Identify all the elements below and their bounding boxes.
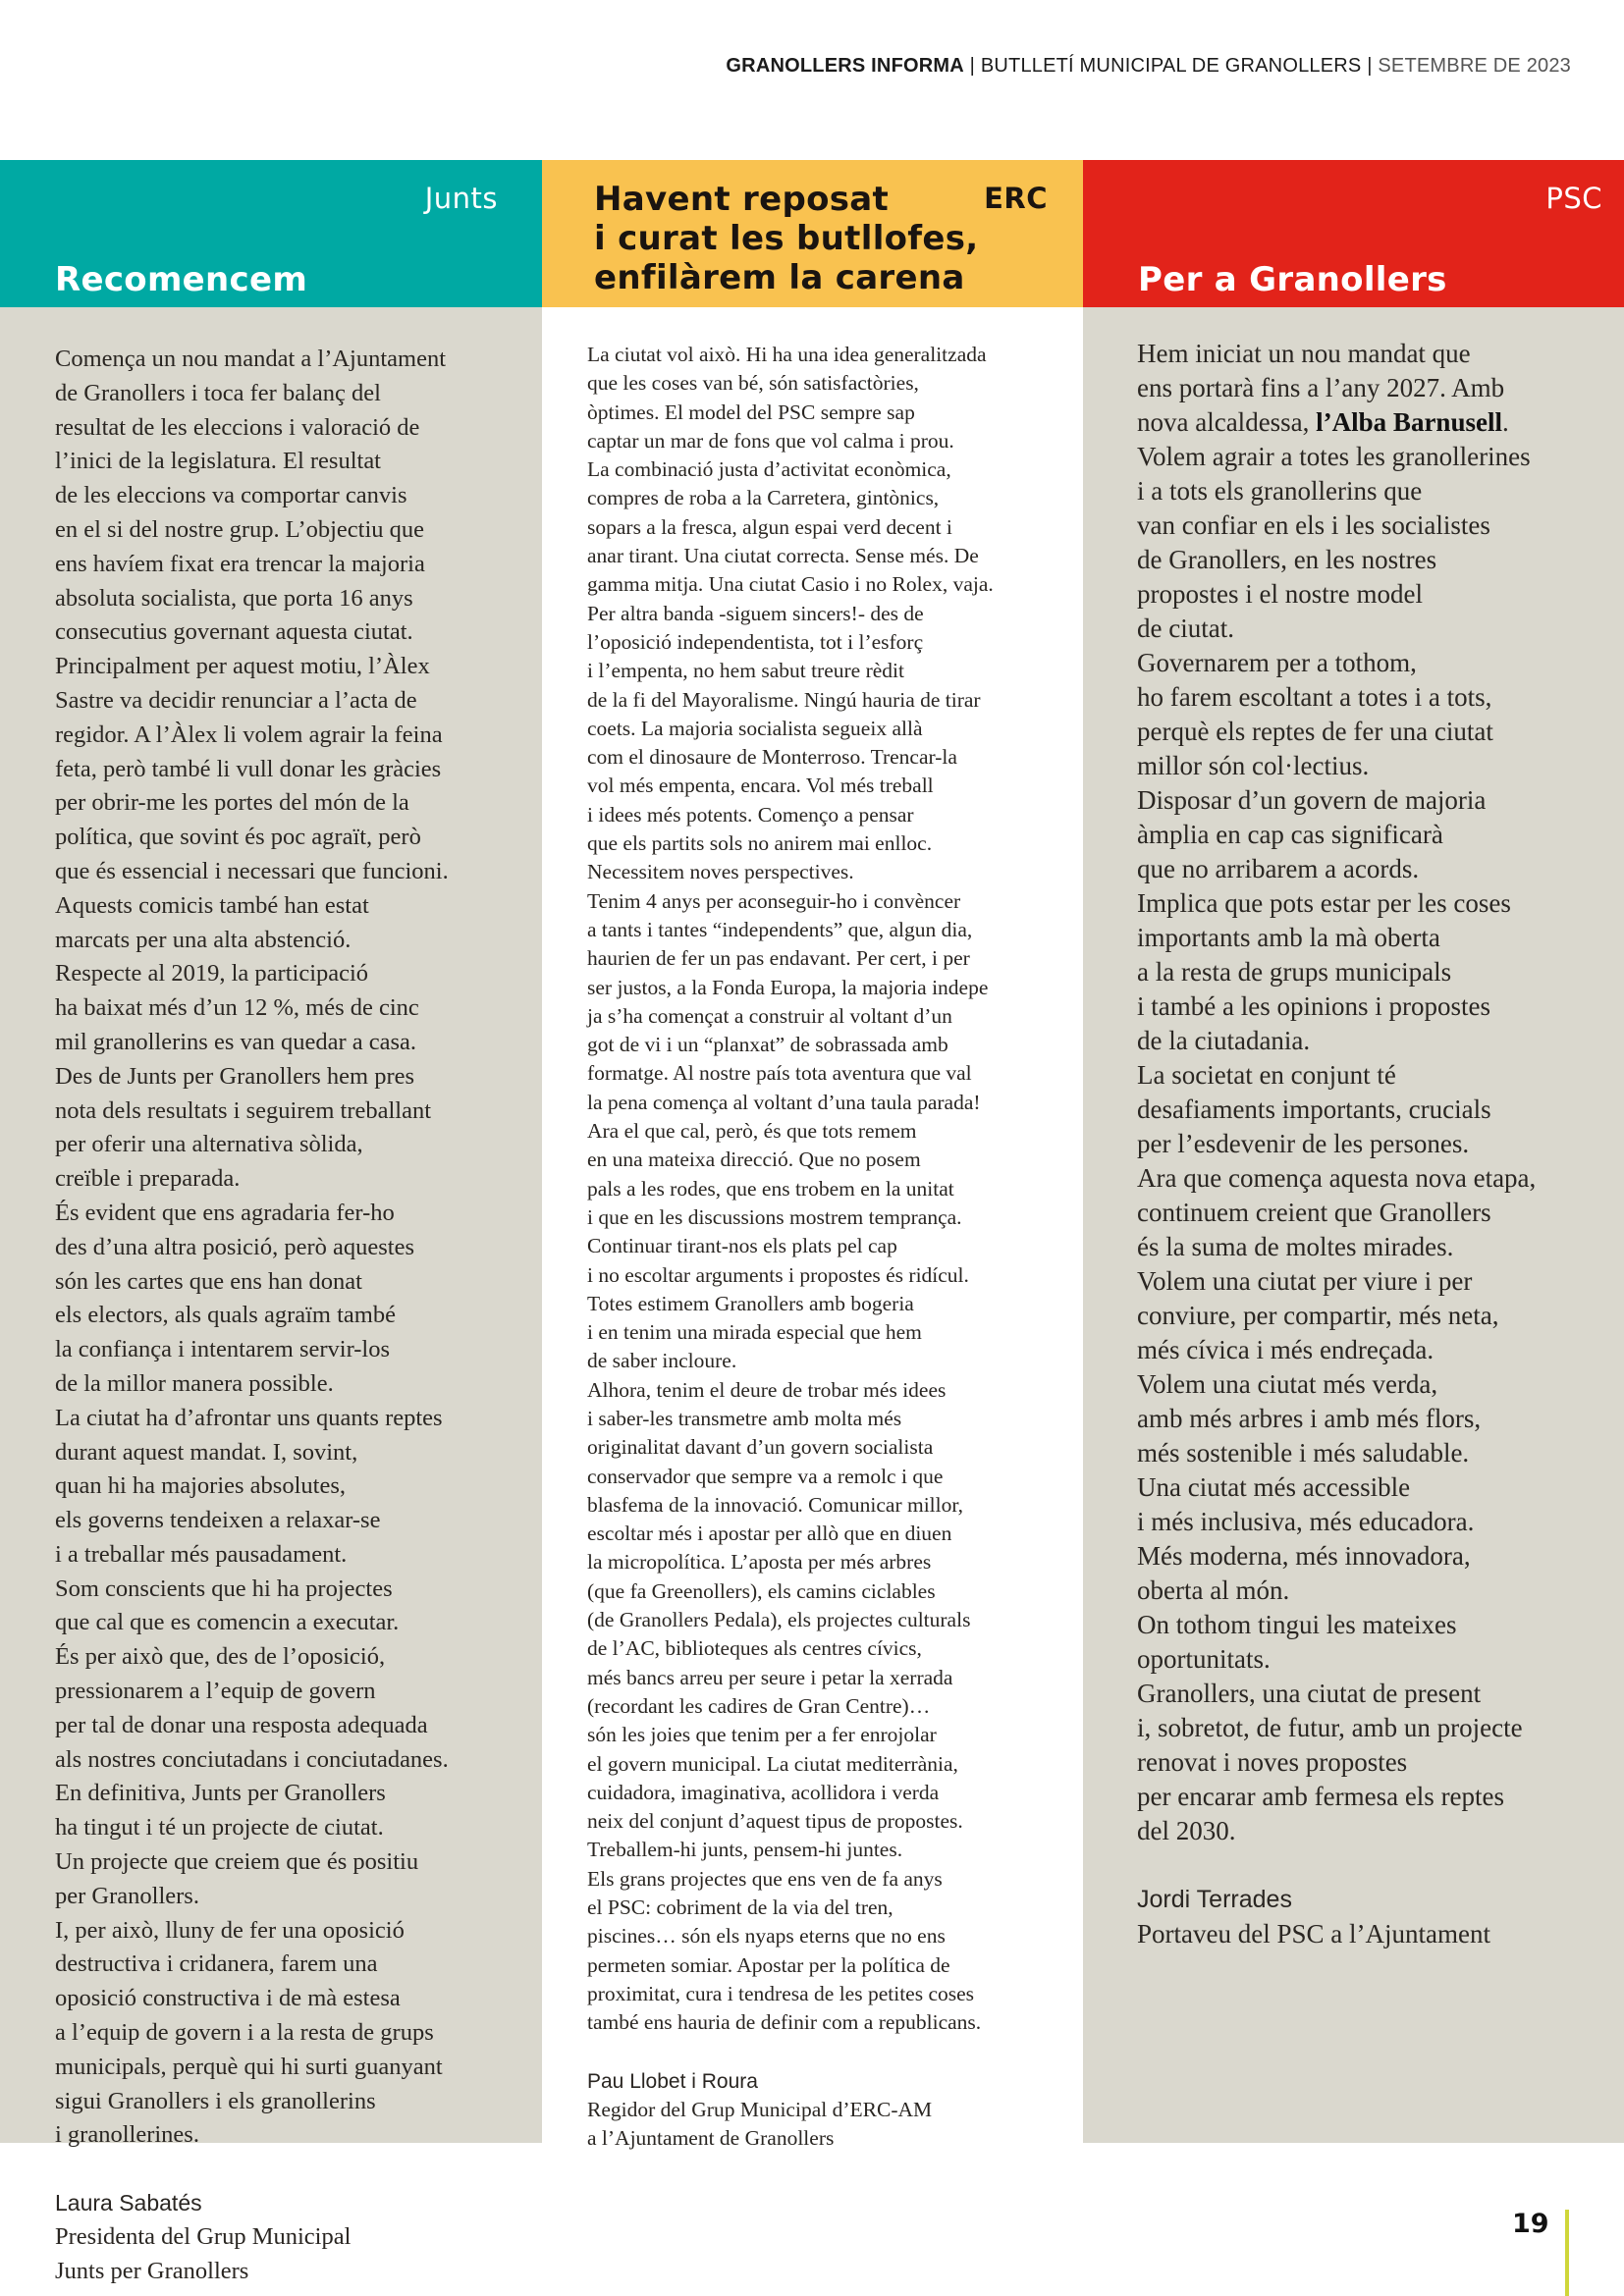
- text-line: regidor. A l’Àlex li volem agrair la fei…: [55, 719, 503, 753]
- text-line: per encarar amb fermesa els reptes: [1137, 1780, 1604, 1814]
- text-line: de la fi del Mayoralisme. Ningú hauria d…: [587, 686, 1063, 715]
- author-role: Junts per Granollers: [55, 2255, 503, 2289]
- text-line: van confiar en els i les socialistes: [1137, 508, 1604, 543]
- column-body: Hem iniciat un nou mandat queens portarà…: [1083, 307, 1624, 2143]
- text-line: gamma mitja. Una ciutat Casio i no Rolex…: [587, 570, 1063, 599]
- running-header: GRANOLLERS INFORMA | BUTLLETÍ MUNICIPAL …: [726, 55, 1571, 78]
- text-line: i a treballar més pausadament.: [55, 1538, 503, 1573]
- text-line: blasfema de la innovació. Comunicar mill…: [587, 1491, 1063, 1520]
- text-line: per tal de donar una resposta adequada: [55, 1709, 503, 1743]
- text-line: propostes i el nostre model: [1137, 577, 1604, 612]
- text-line: Volem una ciutat més verda,: [1137, 1367, 1604, 1402]
- text-line: És evident que ens agradaria fer-ho: [55, 1197, 503, 1231]
- text-line: originalitat davant d’un govern socialis…: [587, 1433, 1063, 1462]
- text-line: oportunitats.: [1137, 1642, 1604, 1677]
- text-line: Principalment per aquest motiu, l’Àlex: [55, 650, 503, 684]
- text-line: Volem agrair a totes les granollerines: [1137, 440, 1604, 474]
- text-line: quan hi ha majories absolutes,: [55, 1469, 503, 1504]
- party-label: PSC: [1545, 182, 1602, 215]
- text-line: És per això que, des de l’oposició,: [55, 1640, 503, 1675]
- text-line: piscines… són els nyaps eterns que no en…: [587, 1922, 1063, 1950]
- text-line: en el si del nostre grup. L’objectiu que: [55, 513, 503, 548]
- text-line: mil granollerins es van quedar a casa.: [55, 1026, 503, 1060]
- text-line: i també a les opinions i propostes: [1137, 989, 1604, 1024]
- mayor-mention: nova alcaldessa, l’Alba Barnusell.: [1137, 405, 1604, 440]
- text-line: és la suma de moltes mirades.: [1137, 1230, 1604, 1264]
- text-line: (que fa Greenollers), els camins ciclabl…: [587, 1577, 1063, 1606]
- author-name: Pau Llobet i Roura: [587, 2067, 1063, 2096]
- text-line: i que en les discussions mostrem tempran…: [587, 1203, 1063, 1232]
- text-line: La ciutat ha d’afrontar uns quants repte…: [55, 1402, 503, 1436]
- text-line: que les coses van bé, són satisfactòries…: [587, 369, 1063, 398]
- opinion-column-psc: PSC Per a Granollers Hem iniciat un nou …: [1083, 160, 1624, 2143]
- text-line: Per altra banda -siguem sincers!- des de: [587, 600, 1063, 628]
- text-line: coets. La majoria socialista segueix all…: [587, 715, 1063, 743]
- text-line: ens havíem fixat era trencar la majoria: [55, 548, 503, 582]
- text-line: vol més empenta, encara. Vol més treball: [587, 772, 1063, 800]
- text-line: consecutius governant aquesta ciutat.: [55, 615, 503, 650]
- text-line: Totes estimem Granollers amb bogeria: [587, 1290, 1063, 1318]
- text-line: proximitat, cura i tendresa de les petit…: [587, 1980, 1063, 2008]
- page-number-rule: [1565, 2210, 1569, 2296]
- text-line: nota dels resultats i seguirem treballan…: [55, 1095, 503, 1129]
- text-line: per l’esdevenir de les persones.: [1137, 1127, 1604, 1161]
- text-line: Des de Junts per Granollers hem pres: [55, 1060, 503, 1095]
- text-line: de Granollers i toca fer balanç del: [55, 377, 503, 411]
- signature: Pau Llobet i Roura Regidor del Grup Muni…: [587, 2067, 1063, 2154]
- text-line: permeten somiar. Apostar per la política…: [587, 1951, 1063, 1980]
- text-line: de la millor manera possible.: [55, 1367, 503, 1402]
- text-line: l’oposició independentista, tot i l’esfo…: [587, 628, 1063, 657]
- text-line: ja s’ha començat a construir al voltant …: [587, 1002, 1063, 1031]
- text-line: ha tingut i té un projecte de ciutat.: [55, 1811, 503, 1845]
- column-title: Havent reposat i curat les butllofes, en…: [594, 180, 979, 297]
- text-line: Ara el que cal, però, és que tots remem: [587, 1117, 1063, 1146]
- text-line: Els grans projectes que ens ven de fa an…: [587, 1865, 1063, 1894]
- signature: Jordi Terrades Portaveu del PSC a l’Ajun…: [1137, 1883, 1604, 1951]
- header-separator: |: [1367, 55, 1372, 77]
- text-line: escoltar més i apostar per allò que en d…: [587, 1520, 1063, 1548]
- text-line: Un projecte que creiem que és positiu: [55, 1845, 503, 1880]
- text-line: també ens hauria de definir com a republ…: [587, 2008, 1063, 2037]
- author-role: Regidor del Grup Municipal d’ERC-AM: [587, 2096, 1063, 2124]
- text-line: i l’empenta, no hem sabut treure rèdit: [587, 657, 1063, 685]
- text-line: i en tenim una mirada especial que hem: [587, 1318, 1063, 1347]
- text-line: Disposar d’un govern de majoria: [1137, 783, 1604, 818]
- text-line: Som conscients que hi ha projectes: [55, 1573, 503, 1607]
- text-line: compres de roba a la Carretera, gintònic…: [587, 484, 1063, 512]
- text-line: i, sobretot, de futur, amb un projecte: [1137, 1711, 1604, 1745]
- text-line: I, per això, lluny de fer una oposició: [55, 1914, 503, 1949]
- text-line: On tothom tingui les mateixes: [1137, 1608, 1604, 1642]
- text-line: cuidadora, imaginativa, acollidora i ver…: [587, 1779, 1063, 1807]
- text-line: Granollers, una ciutat de present: [1137, 1677, 1604, 1711]
- publication-name: GRANOLLERS INFORMA: [726, 55, 963, 77]
- text-line: conviure, per compartir, més neta,: [1137, 1299, 1604, 1333]
- party-label: ERC: [984, 182, 1048, 215]
- text-line: amb més arbres i amb més flors,: [1137, 1402, 1604, 1436]
- column-header: ERC Havent reposat i curat les butllofes…: [542, 160, 1083, 307]
- party-label: Junts: [425, 182, 498, 215]
- article-text: Comença un nou mandat a l’Ajuntamentde G…: [55, 343, 503, 2153]
- text-line: destructiva i cridanera, farem una: [55, 1948, 503, 1982]
- text-line: més sostenible i més saludable.: [1137, 1436, 1604, 1470]
- text-line: ho farem escoltant a totes i a tots,: [1137, 680, 1604, 715]
- text-line: i més inclusiva, més educadora.: [1137, 1505, 1604, 1539]
- mayor-mention-prefix: nova alcaldessa,: [1137, 407, 1316, 437]
- text-line: l’inici de la legislatura. El resultat: [55, 445, 503, 479]
- text-line: a l’equip de govern i a la resta de grup…: [55, 2016, 503, 2051]
- author-role: Presidenta del Grup Municipal: [55, 2220, 503, 2255]
- text-line: millor són col·lectius.: [1137, 749, 1604, 783]
- text-line: Una ciutat més accessible: [1137, 1470, 1604, 1505]
- article-text-intro: Hem iniciat un nou mandat queens portarà…: [1137, 337, 1604, 405]
- text-line: Tenim 4 anys per aconseguir-ho i convènc…: [587, 887, 1063, 916]
- text-line: de Granollers, en les nostres: [1137, 543, 1604, 577]
- column-header: PSC Per a Granollers: [1083, 160, 1624, 307]
- text-line: resultat de les eleccions i valoració de: [55, 411, 503, 446]
- column-title: Per a Granollers: [1138, 260, 1447, 299]
- text-line: són les cartes que ens han donat: [55, 1265, 503, 1300]
- text-line: a tants i tantes “independents” que, alg…: [587, 916, 1063, 944]
- text-line: política, que sovint és poc agraït, però: [55, 821, 503, 855]
- text-line: Comença un nou mandat a l’Ajuntament: [55, 343, 503, 377]
- text-line: de saber incloure.: [587, 1347, 1063, 1375]
- text-line: són les joies que tenim per a fer enrojo…: [587, 1721, 1063, 1749]
- text-line: a la resta de grups municipals: [1137, 955, 1604, 989]
- opinion-column-junts: Junts Recomencem Comença un nou mandat a…: [0, 160, 542, 2143]
- column-body: La ciutat vol això. Hi ha una idea gener…: [542, 307, 1083, 2143]
- text-line: La societat en conjunt té: [1137, 1058, 1604, 1093]
- text-line: de l’AC, biblioteques als centres cívics…: [587, 1634, 1063, 1663]
- text-line: els electors, als quals agraïm també: [55, 1299, 503, 1333]
- text-line: més cívica i més endreçada.: [1137, 1333, 1604, 1367]
- text-line: creïble i preparada.: [55, 1162, 503, 1197]
- text-line: sigui Granollers i els granollerins: [55, 2085, 503, 2119]
- text-line: i a tots els granollerins que: [1137, 474, 1604, 508]
- text-line: renovat i noves propostes: [1137, 1745, 1604, 1780]
- text-line: continuem creient que Granollers: [1137, 1196, 1604, 1230]
- text-line: per obrir-me les portes del món de la: [55, 786, 503, 821]
- text-line: perquè els reptes de fer una ciutat: [1137, 715, 1604, 749]
- issue-date: SETEMBRE DE 2023: [1378, 55, 1571, 77]
- text-line: de ciutat.: [1137, 612, 1604, 646]
- text-line: i idees més potents. Començo a pensar: [587, 801, 1063, 829]
- text-line: ens portarà fins a l’any 2027. Amb: [1137, 371, 1604, 405]
- text-line: importants amb la mà oberta: [1137, 921, 1604, 955]
- text-line: Treballem-hi junts, pensem-hi juntes.: [587, 1836, 1063, 1864]
- opinion-column-erc: ERC Havent reposat i curat les butllofes…: [542, 160, 1083, 2143]
- text-line: el govern municipal. La ciutat mediterrà…: [587, 1750, 1063, 1779]
- text-line: conservador que sempre va a remolc i que: [587, 1463, 1063, 1491]
- text-line: i no escoltar arguments i propostes és r…: [587, 1261, 1063, 1290]
- text-line: en una mateixa direcció. Que no posem: [587, 1146, 1063, 1174]
- text-line: absoluta socialista, que porta 16 anys: [55, 582, 503, 616]
- text-line: de les eleccions va comportar canvis: [55, 479, 503, 513]
- text-line: des d’una altra posició, però aquestes: [55, 1231, 503, 1265]
- author-name: Laura Sabatés: [55, 2186, 503, 2220]
- text-line: Governarem per a tothom,: [1137, 646, 1604, 680]
- text-line: més bancs arreu per seure i petar la xer…: [587, 1664, 1063, 1692]
- text-line: Continuar tirant-nos els plats pel cap: [587, 1232, 1063, 1260]
- text-line: que és essencial i necessari que funcion…: [55, 855, 503, 889]
- text-line: Implica que pots estar per les coses: [1137, 886, 1604, 921]
- text-line: òptimes. El model del PSC sempre sap: [587, 399, 1063, 427]
- text-line: que els partits sols no anirem mai enllo…: [587, 829, 1063, 858]
- article-text: Volem agrair a totes les granollerinesi …: [1137, 440, 1604, 1848]
- text-line: durant aquest mandat. I, sovint,: [55, 1436, 503, 1470]
- text-line: municipals, perquè qui hi surti guanyant: [55, 2051, 503, 2085]
- mayor-mention-suffix: .: [1502, 407, 1509, 437]
- text-line: pressionarem a l’equip de govern: [55, 1675, 503, 1709]
- text-line: i granollerines.: [55, 2118, 503, 2153]
- text-line: Més moderna, més innovadora,: [1137, 1539, 1604, 1574]
- text-line: oposició constructiva i de mà estesa: [55, 1982, 503, 2016]
- text-line: la pena comença al voltant d’una taula p…: [587, 1089, 1063, 1117]
- text-line: ser justos, a la Fonda Europa, la majori…: [587, 974, 1063, 1002]
- text-line: àmplia en cap cas significarà: [1137, 818, 1604, 852]
- text-line: que cal que es comencin a executar.: [55, 1606, 503, 1640]
- page-number: 19: [1512, 2209, 1549, 2239]
- text-line: i saber-les transmetre amb molta més: [587, 1405, 1063, 1433]
- author-role: a l’Ajuntament de Granollers: [587, 2124, 1063, 2153]
- text-line: feta, però també li vull donar les gràci…: [55, 753, 503, 787]
- author-name: Jordi Terrades: [1137, 1883, 1604, 1917]
- text-line: Volem una ciutat per viure i per: [1137, 1264, 1604, 1299]
- author-role: Portaveu del PSC a l’Ajuntament: [1137, 1917, 1604, 1951]
- text-line: que no arribarem a acords.: [1137, 852, 1604, 886]
- text-line: La combinació justa d’activitat econòmic…: [587, 455, 1063, 484]
- text-line: del 2030.: [1137, 1814, 1604, 1848]
- text-line: La ciutat vol això. Hi ha una idea gener…: [587, 341, 1063, 369]
- signature: Laura Sabatés Presidenta del Grup Munici…: [55, 2186, 503, 2288]
- text-line: de la ciutadania.: [1137, 1024, 1604, 1058]
- text-line: pals a les rodes, que ens trobem en la u…: [587, 1175, 1063, 1203]
- text-line: per oferir una alternativa sòlida,: [55, 1128, 503, 1162]
- text-line: als nostres conciutadans i conciutadanes…: [55, 1743, 503, 1778]
- text-line: anar tirant. Una ciutat correcta. Sense …: [587, 542, 1063, 570]
- text-line: Respecte al 2019, la participació: [55, 957, 503, 991]
- column-header: Junts Recomencem: [0, 160, 542, 307]
- text-line: formatge. Al nostre país tota aventura q…: [587, 1059, 1063, 1088]
- text-line: Alhora, tenim el deure de trobar més ide…: [587, 1376, 1063, 1405]
- text-line: Ara que comença aquesta nova etapa,: [1137, 1161, 1604, 1196]
- text-line: (de Granollers Pedala), els projectes cu…: [587, 1606, 1063, 1634]
- publication-subtitle: BUTLLETÍ MUNICIPAL DE GRANOLLERS: [981, 55, 1362, 77]
- text-line: Sastre va decidir renunciar a l’acta de: [55, 684, 503, 719]
- text-line: (recordant les cadires de Gran Centre)…: [587, 1692, 1063, 1721]
- text-line: neix del conjunt d’aquest tipus de propo…: [587, 1807, 1063, 1836]
- text-line: els governs tendeixen a relaxar-se: [55, 1504, 503, 1538]
- text-line: Necessitem noves perspectives.: [587, 858, 1063, 886]
- mayor-name: l’Alba Barnusell: [1316, 407, 1502, 437]
- text-line: ha baixat més d’un 12 %, més de cinc: [55, 991, 503, 1026]
- text-line: got de vi i un “planxat” de sobrassada a…: [587, 1031, 1063, 1059]
- text-line: En definitiva, Junts per Granollers: [55, 1777, 503, 1811]
- text-line: Aquests comicis també han estat: [55, 889, 503, 924]
- text-line: com el dinosaure de Monterroso. Trencar-…: [587, 743, 1063, 772]
- text-line: la confiança i intentarem servir-los: [55, 1333, 503, 1367]
- text-line: Hem iniciat un nou mandat que: [1137, 337, 1604, 371]
- text-line: la micropolítica. L’aposta per més arbre…: [587, 1548, 1063, 1576]
- text-line: per Granollers.: [55, 1880, 503, 1914]
- article-text: La ciutat vol això. Hi ha una idea gener…: [587, 341, 1063, 2038]
- column-title: Recomencem: [55, 260, 307, 299]
- header-separator: |: [970, 55, 975, 77]
- text-line: sopars a la fresca, algun espai verd dec…: [587, 513, 1063, 542]
- text-line: oberta al món.: [1137, 1574, 1604, 1608]
- text-line: desafiaments importants, crucials: [1137, 1093, 1604, 1127]
- text-line: el PSC: cobriment de la via del tren,: [587, 1894, 1063, 1922]
- text-line: haurien de fer un pas endavant. Per cert…: [587, 944, 1063, 973]
- text-line: marcats per una alta abstenció.: [55, 924, 503, 958]
- column-body: Comença un nou mandat a l’Ajuntamentde G…: [0, 307, 542, 2143]
- text-line: captar un mar de fons que vol calma i pr…: [587, 427, 1063, 455]
